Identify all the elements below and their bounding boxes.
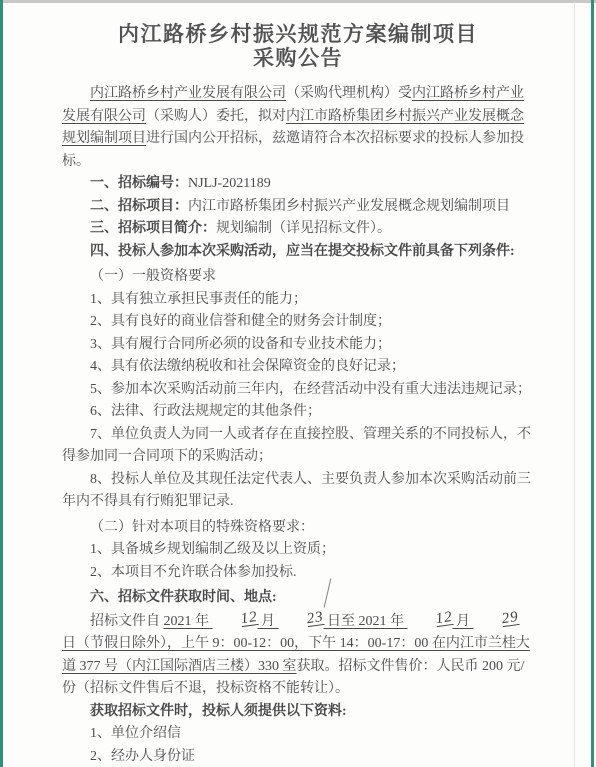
item-label: 四、投标人参加本次采购活动，应当在提交投标文件前具备下列条件: [90,244,515,259]
scan-edge-right [591,0,594,767]
document-title-line1: 内江路桥乡村振兴规范方案编制项目 [62,22,534,46]
underlined-text: 2021 年 [164,614,213,629]
qualification-item: 4、具有依法缴纳税收和社会保障资金的良好记录； [62,356,534,379]
material-item: 1、单位介绍信 [62,723,534,746]
document-title-line2: 采购公告 [62,46,534,70]
qualification-item: 8、投标人单位及其现任法定代表人、主要负责人参加本次采购活动前三年内不得具有行贿… [62,469,534,514]
scanned-document-page: 内江路桥乡村振兴规范方案编制项目 采购公告 内江路桥乡村产业发展有限公司（采购代… [0,0,596,767]
materials-intro: 获取招标文件时，投标人须提供以下资料: [62,701,534,724]
text-segment: （采购人）委托，拟对 [146,109,286,124]
handwritten-date: 23 [277,605,325,634]
item-value: NJLJ-2021189 [188,176,271,191]
item-value: 规划编制（详见招标文件）。 [216,221,391,236]
special-qualifications-heading: （二）针对本项目的特殊资格要求： [62,517,534,540]
numbered-item-1: 一、招标编号：NJLJ-2021189 [62,173,534,196]
document-title: 内江路桥乡村振兴规范方案编制项目 采购公告 [62,22,534,70]
underlined-text: 日至 2021 年 [324,614,408,629]
section6-heading: 六、招标文件获取时间、地点: [62,587,534,610]
qualification-item: 5、参加本次采购活动前三年内，在经营活动中没有重大违法违规记录； [62,379,534,402]
text-segment: 招标文件自 [90,614,164,629]
special-qualification-item: 2、本项目不允许联合体参加投标. [62,562,534,585]
handwritten-date: 12 [211,605,259,634]
item-value: 内江市路桥集团乡村振兴产业发展概念规划编制项目 [188,199,510,214]
numbered-item-3: 三、招标项目简介：规划编制（详见招标文件）。 [62,218,534,241]
material-item: 2、经办人身份证 [62,746,534,767]
general-qualifications-heading: （一）一般资格要求 [62,266,534,289]
handwritten-date: 29 [472,605,520,634]
numbered-item-2: 二、招标项目：内江市路桥集团乡村振兴产业发展概念规划编制项目 [62,196,534,219]
qualification-item: 3、具有履行合同所必须的设备和专业技术能力； [62,334,534,357]
underlined-text: 内江路桥乡村产业发展有限公司 [90,86,286,101]
scan-edge-left [0,0,3,767]
underlined-text: 月 [258,614,279,629]
qualification-item: 2、具有良好的商业信誉和健全的财务会计制度； [62,311,534,334]
intro-paragraph: 内江路桥乡村产业发展有限公司（采购代理机构）受内江路桥乡村产业发展有限公司（采购… [62,83,534,173]
text-segment: （采购代理机构）受 [286,86,412,101]
item-label: 一、招标编号： [90,176,188,191]
page-edge-line [574,2,575,767]
document-content: 内江路桥乡村振兴规范方案编制项目 采购公告 内江路桥乡村产业发展有限公司（采购代… [62,22,534,767]
scan-edge-top [0,0,596,3]
item-label: 二、招标项目： [90,199,188,214]
qualification-item: 7、单位负责人为同一人或者存在直接控股、管理关系的不同投标人，不得参加同一合同项… [62,424,534,469]
item-label: 三、招标项目简介： [90,221,216,236]
handwritten-date: 12 [406,605,454,634]
qualification-item: 1、具有独立承担民事责任的能力； [62,289,534,312]
qualification-item: 6、法律、行政法规规定的其他条件； [62,401,534,424]
section6-paragraph: 招标文件自 2021 年 12 月 23 日至 2021 年 12 月 29 日… [62,610,534,701]
numbered-item-4: 四、投标人参加本次采购活动，应当在提交投标文件前具备下列条件: [62,241,534,264]
underlined-text: 月 [453,614,474,629]
underlined-text: 日（节假日除外），上午 9：00-12：00，下午 14：00-17：00 在 [62,636,446,651]
special-qualification-item: 1、具备城乡规划编制乙级及以上资质； [62,539,534,562]
